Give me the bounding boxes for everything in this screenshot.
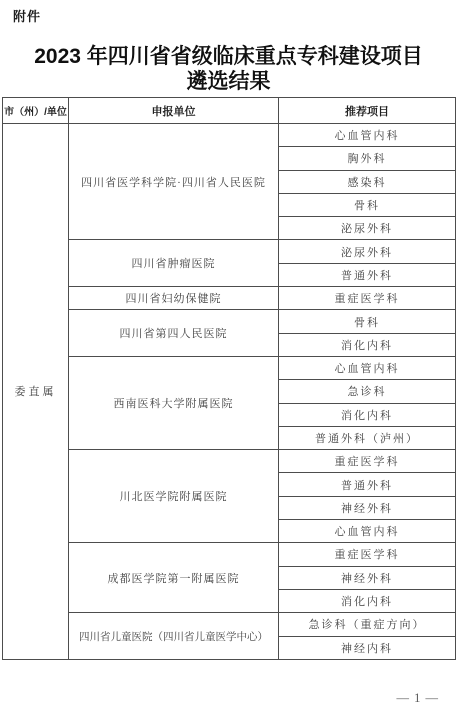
attachment-label: 附件: [13, 6, 41, 25]
header-cell-project: 推荐项目: [279, 98, 456, 124]
project-cell: 泌尿外科: [279, 240, 456, 263]
project-cell: 神经内科: [279, 636, 456, 659]
project-cell: 胸外科: [279, 147, 456, 170]
table-row: 四川省妇幼保健院 重症医学科: [3, 287, 456, 310]
hospital-cell: 四川省第四人民医院: [69, 310, 279, 357]
header-cell-applicant: 申报单位: [69, 98, 279, 124]
table-row: 川北医学院附属医院 重症医学科: [3, 450, 456, 473]
table-row: 西南医科大学附属医院 心血管内科: [3, 356, 456, 379]
table-row: 成都医学院第一附属医院 重症医学科: [3, 543, 456, 566]
project-cell: 急诊科: [279, 380, 456, 403]
hospital-cell: 成都医学院第一附属医院: [69, 543, 279, 613]
project-cell: 泌尿外科: [279, 217, 456, 240]
project-cell: 神经外科: [279, 496, 456, 519]
document-page: { "attachment_label": "附件", "title_line1…: [0, 0, 457, 709]
project-cell: 消化内科: [279, 403, 456, 426]
page-title: 2023 年四川省省级临床重点专科建设项目 遴选结果: [0, 44, 457, 94]
project-cell: 重症医学科: [279, 543, 456, 566]
project-cell: 骨科: [279, 193, 456, 216]
page-title-line1: 2023 年四川省省级临床重点专科建设项目: [0, 44, 457, 69]
hospital-cell: 四川省医学科学院·四川省人民医院: [69, 124, 279, 240]
project-cell: 心血管内科: [279, 520, 456, 543]
page-number: — 1 —: [397, 691, 440, 706]
page-title-line2: 遴选结果: [0, 69, 457, 94]
project-cell: 神经外科: [279, 566, 456, 589]
project-cell: 急诊科（重症方向）: [279, 613, 456, 636]
project-cell: 心血管内科: [279, 356, 456, 379]
hospital-cell: 四川省肿瘤医院: [69, 240, 279, 287]
project-cell: 普通外科（泸州）: [279, 426, 456, 449]
hospital-cell: 四川省儿童医院（四川省儿童医学中心）: [69, 613, 279, 660]
region-cell: 委直属: [3, 124, 69, 660]
project-cell: 重症医学科: [279, 450, 456, 473]
hospital-cell: 川北医学院附属医院: [69, 450, 279, 543]
hospital-cell: 西南医科大学附属医院: [69, 356, 279, 449]
project-cell: 消化内科: [279, 589, 456, 612]
table-row: 四川省第四人民医院 骨科: [3, 310, 456, 333]
project-cell: 感染科: [279, 170, 456, 193]
table-row: 委直属 四川省医学科学院·四川省人民医院 心血管内科: [3, 124, 456, 147]
header-row: 市（州）/单位 申报单位 推荐项目: [3, 98, 456, 124]
hospital-cell: 四川省妇幼保健院: [69, 287, 279, 310]
project-cell: 心血管内科: [279, 124, 456, 147]
table-row: 四川省肿瘤医院 泌尿外科: [3, 240, 456, 263]
header-cell-region: 市（州）/单位: [3, 98, 69, 124]
project-cell: 消化内科: [279, 333, 456, 356]
project-cell: 普通外科: [279, 473, 456, 496]
project-cell: 普通外科: [279, 263, 456, 286]
project-cell: 骨科: [279, 310, 456, 333]
table-row: 四川省儿童医院（四川省儿童医学中心） 急诊科（重症方向）: [3, 613, 456, 636]
project-cell: 重症医学科: [279, 287, 456, 310]
results-table: 市（州）/单位 申报单位 推荐项目 委直属 四川省医学科学院·四川省人民医院 心…: [2, 97, 456, 660]
